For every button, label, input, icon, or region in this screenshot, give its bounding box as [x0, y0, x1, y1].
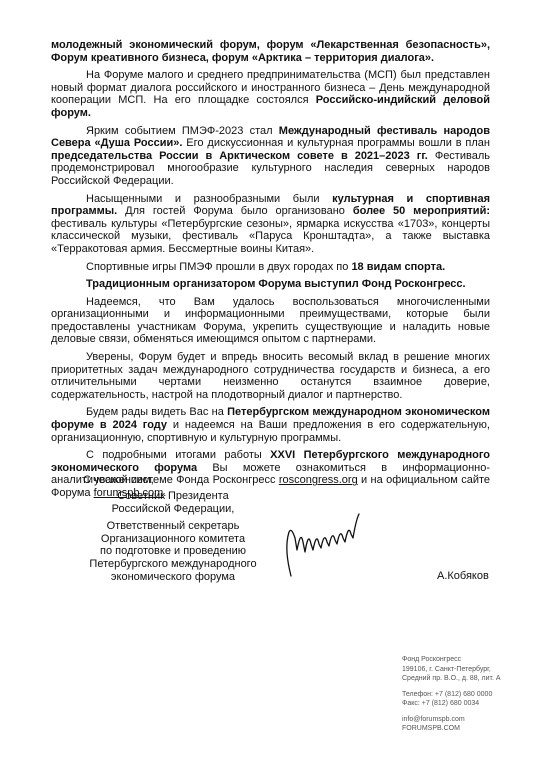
signatory-title: Советник Президента Российской Федерации…: [88, 490, 258, 583]
paragraph-festival: Ярким событием ПМЭФ-2023 стал Международ…: [51, 125, 490, 188]
paragraph-msp: На Форуме малого и среднего предпринимат…: [51, 69, 490, 119]
paragraph-culture: Насыщенными и разнообразными были культу…: [51, 193, 490, 256]
paragraph-invitation: Будем рады видеть Вас на Петербургском м…: [51, 406, 490, 444]
paragraph-confidence: Уверены, Форум будет и впредь вносить ве…: [51, 351, 490, 401]
footer-site[interactable]: FORUMSPB.COM: [402, 724, 501, 734]
signer-name: А.Кобяков: [437, 570, 489, 582]
paragraph-organizer: Традиционным организатором Форума выступ…: [51, 278, 490, 291]
paragraph-sports: Спортивные игры ПМЭФ прошли в двух город…: [51, 261, 490, 274]
footer-contacts: Фонд Росконгресс 199106, г. Санкт-Петерб…: [402, 655, 501, 734]
paragraph-hope: Надеемся, что Вам удалось воспользоватьс…: [51, 296, 490, 346]
closing-salutation: С уважением,: [83, 474, 154, 487]
handwritten-signature: [283, 510, 383, 580]
footer-email[interactable]: info@forumspb.com: [402, 715, 501, 725]
letter-body: молодежный экономический форум, форум «Л…: [51, 39, 490, 505]
roscongress-link[interactable]: roscongress.org: [279, 474, 358, 486]
paragraph-1: молодежный экономический форум, форум «Л…: [51, 39, 490, 64]
